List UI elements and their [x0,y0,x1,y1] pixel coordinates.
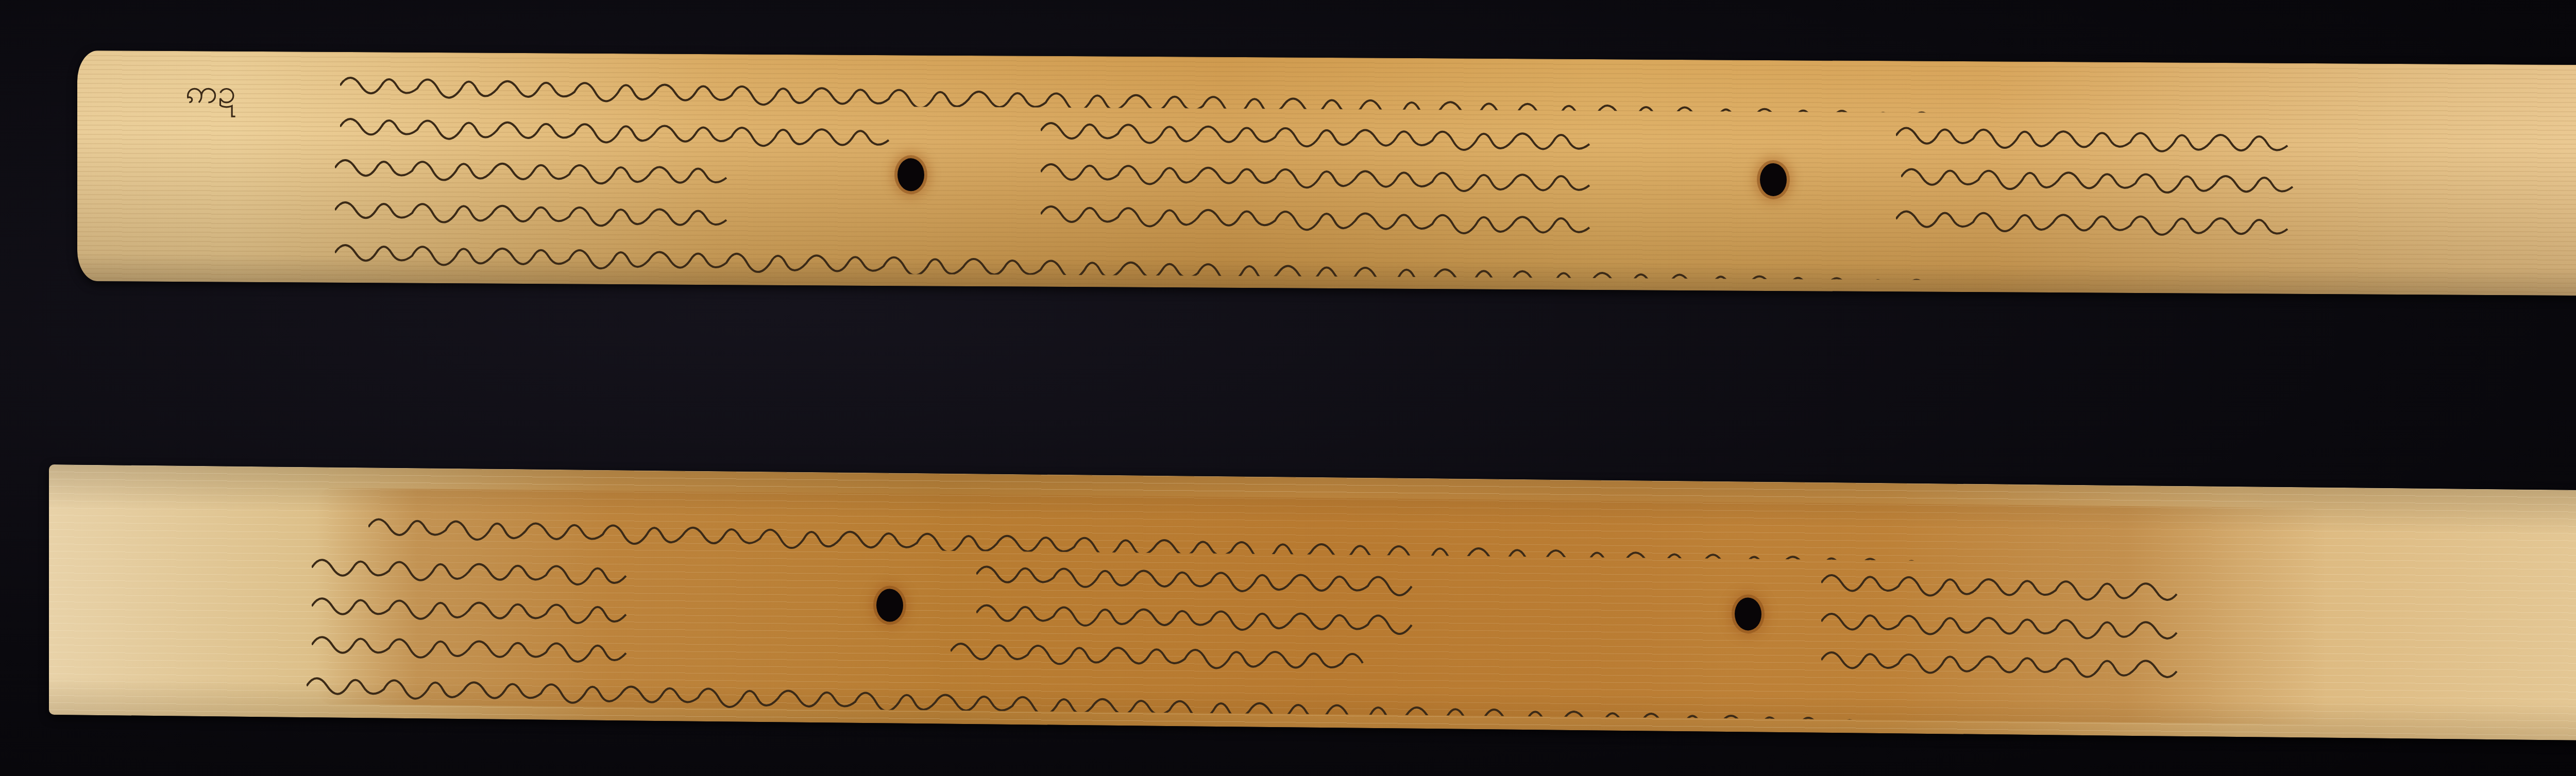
string-hole-right [1760,163,1787,196]
script-line-2b [1041,108,1736,153]
script-line-2a [312,544,734,590]
script-line-3b [1041,149,1741,194]
script-line-4a [312,622,739,667]
palm-leaf-bottom [49,464,2576,740]
script-line-3a [335,145,850,189]
script-line-4b [1041,191,1741,236]
palm-leaf-top: ဢဍ [77,50,2576,296]
script-line-4a [335,187,840,231]
string-hole-left [897,158,924,191]
script-line-3a [312,583,739,628]
leaf-margin-mark: ဢဍ [185,71,236,119]
script-line-2a [340,104,1010,148]
string-hole-left [876,589,903,622]
script-line-2c [1896,112,2463,157]
script-line-4c [1896,196,2468,240]
string-hole-right [1735,597,1761,631]
script-line-4b [951,628,1569,676]
script-line-3c [1901,153,2468,198]
script-line-4c [1821,637,2326,683]
